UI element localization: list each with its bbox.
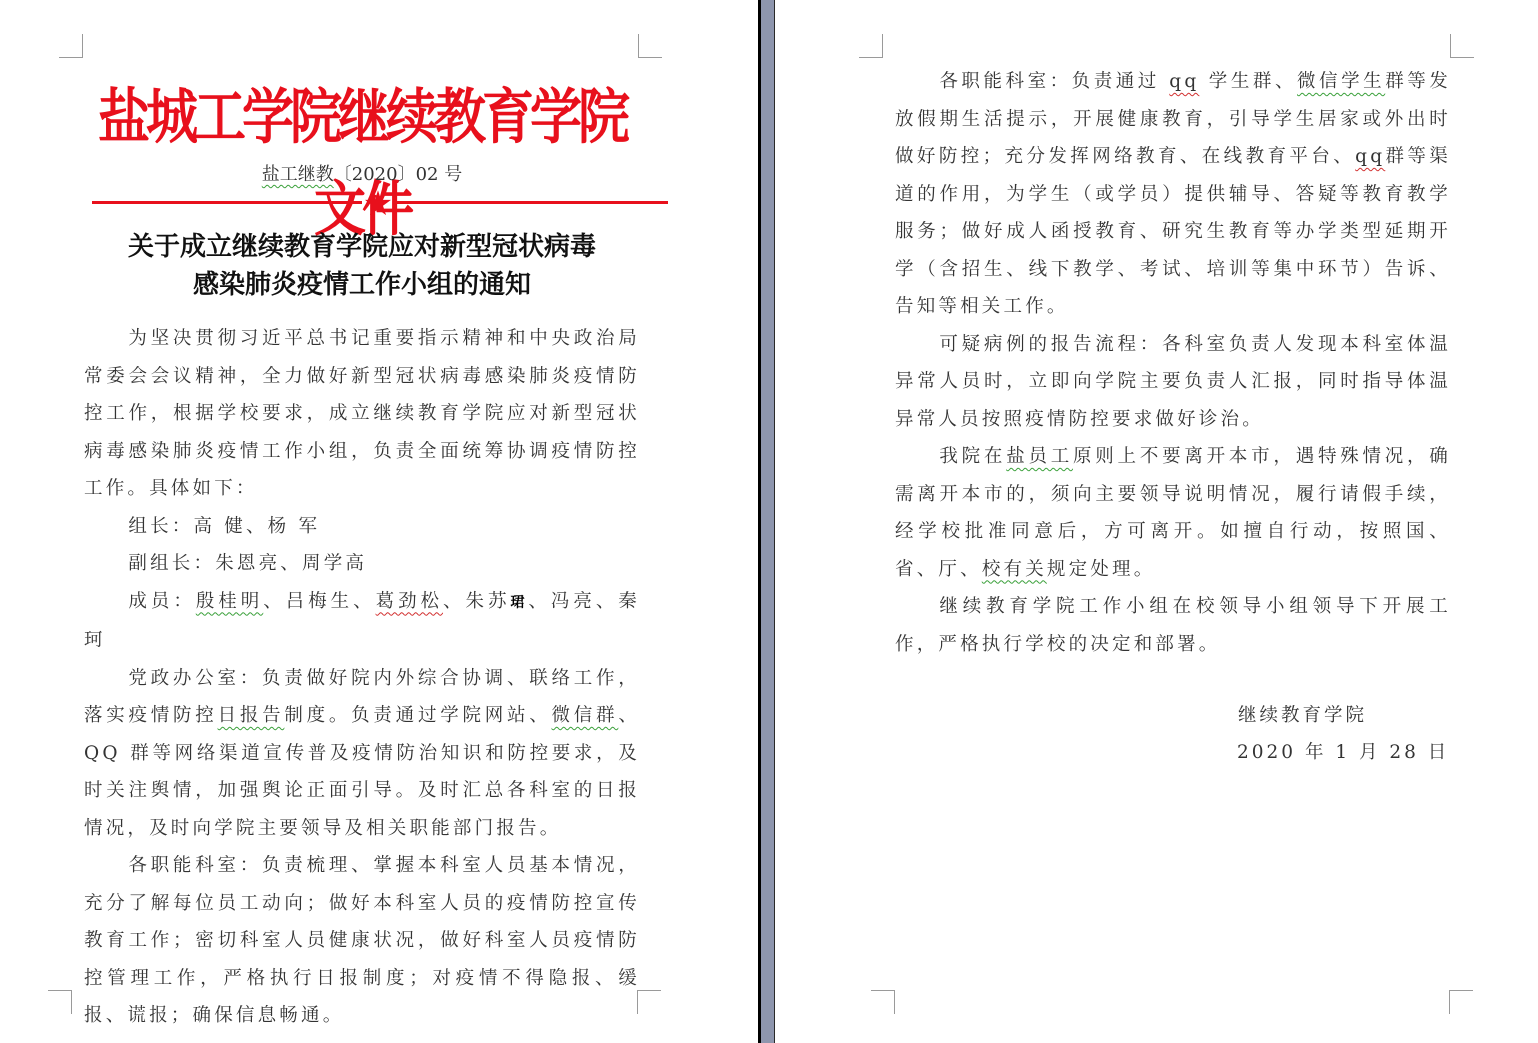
intro-paragraph[interactable]: 为坚决贯彻习近平总书记重要指示精神和中央政治局常委会会议精神，全力做好新型冠状病… bbox=[84, 320, 640, 508]
paragraph-text: 学生群、 bbox=[1199, 71, 1297, 92]
document-number: 盐工继教〔2020〕02 号 bbox=[84, 160, 640, 190]
closing-paragraph[interactable]: 继续教育学院工作小组在校领导小组领导下开展工作，严格执行学校的决定和部署。 bbox=[895, 588, 1451, 663]
paragraph-text: 制度。负责通过学院网站、 bbox=[284, 705, 551, 726]
members-line[interactable]: 成员：殷桂明、吕梅生、葛劲松、朱苏珺、冯亮、秦珂 bbox=[84, 583, 640, 660]
suspected-case-paragraph[interactable]: 可疑病例的报告流程：各科室负责人发现本科室体温异常人员时，立即向学院主要负责人汇… bbox=[895, 326, 1451, 439]
red-rule-left bbox=[92, 201, 362, 204]
staff-paragraph[interactable]: 我院在盐员工原则上不要离开本市，遇特殊情况，确需离开本市的，须向主要领导说明情况… bbox=[895, 438, 1451, 588]
paragraph-text: 我院在 bbox=[939, 446, 1006, 467]
crop-mark-top-left bbox=[59, 34, 83, 58]
star-icon: ★ bbox=[362, 188, 394, 220]
notice-title: 关于成立继续教育学院应对新型冠状病毒 感染肺炎疫情工作小组的通知 bbox=[84, 228, 640, 304]
member-name-spellcheck[interactable]: 殷桂明 bbox=[196, 591, 263, 612]
students-paragraph[interactable]: 各职能科室：负责通过 qq 学生群、微信学生群等发放假期生活提示，开展健康教育，… bbox=[895, 63, 1451, 326]
members-text: 、朱苏 bbox=[443, 591, 510, 612]
spellcheck-word[interactable]: 盐员工 bbox=[1006, 446, 1073, 467]
signature-date: 2020 年 1 月 28 日 bbox=[1237, 735, 1449, 771]
paragraph-text: 各职能科室：负责通过 bbox=[939, 71, 1169, 92]
party-office-paragraph[interactable]: 党政办公室：负责做好院内外综合协调、联络工作，落实疫情防控日报告制度。负责通过学… bbox=[84, 660, 640, 848]
leader-line[interactable]: 组长：高 健、杨 军 bbox=[84, 508, 640, 546]
doc-number-prefix[interactable]: 盐工继教 bbox=[262, 164, 334, 185]
document-page-left: 盐城工学院继续教育学院文件 盐工继教〔2020〕02 号 ★ 关于成立继续教育学… bbox=[0, 0, 758, 1043]
spellcheck-word[interactable]: 微信学生 bbox=[1297, 71, 1385, 92]
signature-organization: 继续教育学院 bbox=[1238, 698, 1367, 734]
crop-mark-bottom-right bbox=[637, 990, 661, 1014]
paragraph-text: 群等渠道的作用，为学生（或学员）提供辅导、答疑等教育教学服务；做好成人函授教育、… bbox=[895, 146, 1451, 317]
deputy-line[interactable]: 副组长：朱恩亮、周学高 bbox=[84, 545, 640, 583]
red-rule-right bbox=[396, 201, 668, 204]
departments-paragraph[interactable]: 各职能科室：负责梳理、掌握本科室人员基本情况，充分了解每位员工动向；做好本科室人… bbox=[84, 847, 640, 1035]
crop-mark-bottom-left bbox=[871, 990, 895, 1014]
page-divider bbox=[758, 0, 775, 1043]
members-label: 成员： bbox=[128, 591, 195, 612]
crop-mark-bottom-right bbox=[1449, 990, 1473, 1014]
crop-mark-bottom-left bbox=[48, 990, 72, 1014]
right-page-body: 各职能科室：负责通过 qq 学生群、微信学生群等发放假期生活提示，开展健康教育，… bbox=[895, 63, 1451, 663]
title-line-1: 关于成立继续教育学院应对新型冠状病毒 bbox=[84, 228, 640, 266]
spellcheck-word[interactable]: qq bbox=[1169, 71, 1199, 92]
left-page-body: 为坚决贯彻习近平总书记重要指示精神和中央政治局常委会会议精神，全力做好新型冠状病… bbox=[84, 320, 640, 1035]
member-name-spellcheck[interactable]: 葛劲松 bbox=[376, 591, 443, 612]
spellcheck-word[interactable]: 校有关 bbox=[982, 559, 1047, 580]
members-text: 、吕梅生、 bbox=[263, 591, 375, 612]
crop-mark-top-right bbox=[638, 34, 662, 58]
spellcheck-word[interactable]: qq bbox=[1355, 146, 1385, 167]
paragraph-text: 规定处理。 bbox=[1047, 559, 1156, 580]
doc-number-rest: 〔2020〕02 号 bbox=[334, 164, 462, 185]
crop-mark-top-right bbox=[1450, 34, 1474, 58]
member-name-char: 珺 bbox=[510, 595, 528, 611]
crop-mark-top-left bbox=[859, 34, 883, 58]
spellcheck-word[interactable]: 日报告 bbox=[218, 705, 285, 726]
spellcheck-word[interactable]: 微信群 bbox=[552, 705, 619, 726]
title-line-2: 感染肺炎疫情工作小组的通知 bbox=[84, 266, 640, 304]
